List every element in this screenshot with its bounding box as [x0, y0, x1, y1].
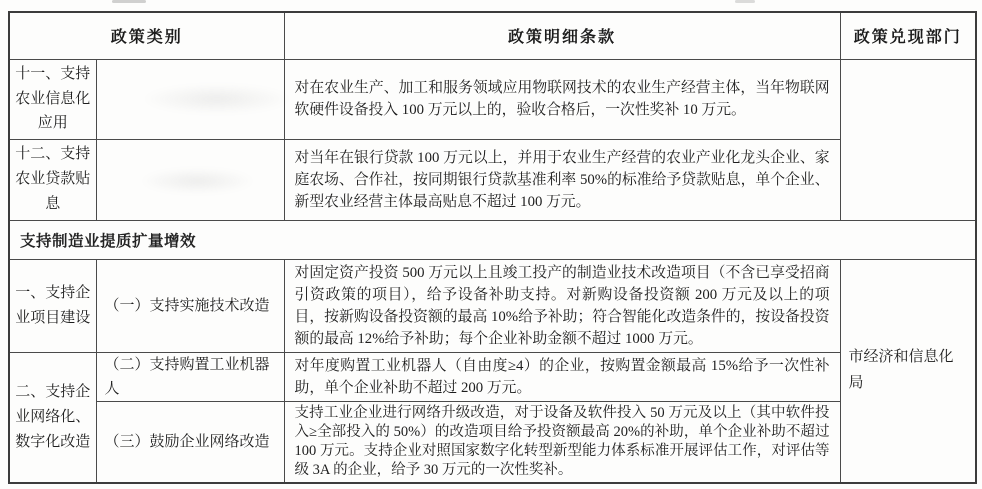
cell-subcategory-robots: （二）支持购置工业机器人	[96, 352, 284, 401]
policy-table: 政策类别 政策明细条款 政策兑现部门 十一、支持农业信息化应用 对在农业生产、加…	[8, 11, 977, 484]
cell-detail-12: 对当年在银行贷款 100 万元以上，并用于农业生产经营的农业产业化龙头企业、家庭…	[284, 139, 840, 220]
scan-artifact	[735, 0, 755, 3]
scan-artifact	[112, 0, 146, 3]
cell-detail-tech-upgrade: 对固定资产投资 500 万元以上且竣工投产的制造业技术改造项目（不含已享受招商引…	[284, 259, 840, 352]
document-page: 政策类别 政策明细条款 政策兑现部门 十一、支持农业信息化应用 对在农业生产、加…	[0, 0, 982, 489]
table-row: 十一、支持农业信息化应用 对在农业生产、加工和服务领域应用物联网技术的农业生产经…	[9, 59, 976, 139]
cell-department-empty	[840, 59, 976, 220]
cell-detail-robots: 对年度购置工业机器人（自由度≥4）的企业，按购置金额最高 15%给予一次性补助，…	[284, 352, 840, 401]
cell-category-11: 十一、支持农业信息化应用	[9, 59, 96, 139]
table-row: 二、支持企业网络化、数字化改造 （二）支持购置工业机器人 对年度购置工业机器人（…	[9, 352, 976, 401]
cell-subcategory-empty-11	[96, 59, 284, 139]
header-policy-department: 政策兑现部门	[840, 12, 976, 59]
section-header-row: 支持制造业提质扩量增效	[9, 220, 976, 259]
header-policy-category: 政策类别	[9, 12, 284, 59]
table-header-row: 政策类别 政策明细条款 政策兑现部门	[9, 12, 976, 59]
cell-department: 市经济和信息化局	[840, 259, 976, 483]
header-policy-detail: 政策明细条款	[284, 12, 840, 59]
cell-detail-11: 对在农业生产、加工和服务领域应用物联网技术的农业生产经营主体，当年物联网软硬件设…	[284, 59, 840, 139]
cell-subcategory-empty-12	[96, 139, 284, 220]
cell-subcategory-network-upgrade: （三）鼓励企业网络改造	[96, 401, 284, 483]
cell-category-12: 十二、支持农业贷款贴息	[9, 139, 96, 220]
section-header: 支持制造业提质扩量增效	[9, 220, 976, 259]
table-row: 一、支持企业项目建设 （一）支持实施技术改造 对固定资产投资 500 万元以上且…	[9, 259, 976, 352]
cell-category-1: 一、支持企业项目建设	[9, 259, 96, 352]
cell-category-2: 二、支持企业网络化、数字化改造	[9, 352, 96, 483]
table-row: 十二、支持农业贷款贴息 对当年在银行贷款 100 万元以上，并用于农业生产经营的…	[9, 139, 976, 220]
cell-detail-network-upgrade: 支持工业企业进行网络升级改造，对于设备及软件投入 50 万元及以上（其中软件投入…	[284, 401, 840, 483]
table-row: （三）鼓励企业网络改造 支持工业企业进行网络升级改造，对于设备及软件投入 50 …	[9, 401, 976, 483]
cell-subcategory-tech-upgrade: （一）支持实施技术改造	[96, 259, 284, 352]
